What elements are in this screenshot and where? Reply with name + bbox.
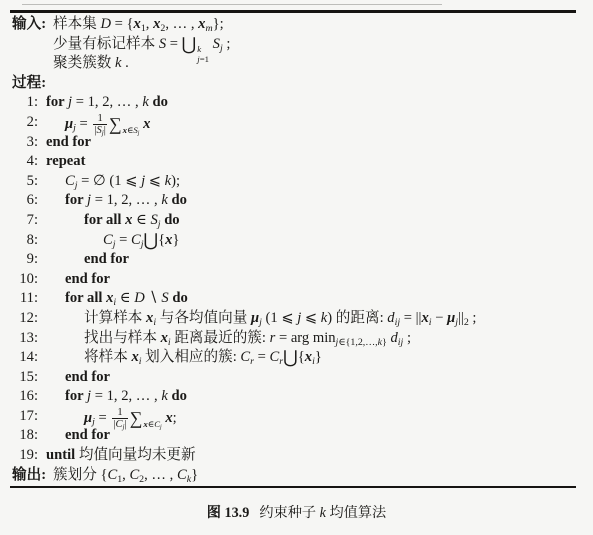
- figure-number: 图 13.9: [207, 505, 250, 521]
- line-content: end for: [46, 426, 110, 446]
- line-content: until 均值向量均未更新: [46, 446, 196, 466]
- algo-line-15: 15:end for: [12, 368, 582, 388]
- line-content: repeat: [46, 152, 85, 172]
- line-content: μj = 1|Sj|∑x∈Sj x: [46, 113, 150, 133]
- algo-line-4: 4:repeat: [12, 152, 582, 172]
- algo-line-2: 2:μj = 1|Sj|∑x∈Sj x: [12, 113, 582, 133]
- algo-line-12: 12:计算样本 xi 与各均值向量 μj (1 ⩽ j ⩽ k) 的距离: di…: [12, 309, 582, 329]
- algorithm-lines: 1:for j = 1, 2, … , k do2:μj = 1|Sj|∑x∈S…: [12, 93, 582, 465]
- algo-line-8: 8:Cj = Cj⋃{x}: [12, 231, 582, 251]
- algo-line-16: 16:for j = 1, 2, … , k do: [12, 387, 582, 407]
- line-content: for j = 1, 2, … , k do: [46, 93, 168, 113]
- input-continuation-2: 聚类簇数 k .: [12, 54, 582, 74]
- line-number: 2:: [12, 113, 38, 133]
- line-content: 找出与样本 xi 距离最近的簇: r = arg minj∈{1,2,…,k} …: [46, 329, 411, 349]
- line-number: 9:: [12, 250, 38, 270]
- algorithm-figure: 输入:样本集 D = {x1, x2, … , xm}; 少量有标记样本 S =…: [0, 0, 593, 535]
- line-content: end for: [46, 270, 110, 290]
- line-content: μj = 1|Cj|∑x∈Cj x;: [46, 407, 177, 427]
- line-number: 13:: [12, 329, 38, 349]
- line-number: 10:: [12, 270, 38, 290]
- line-number: 5:: [12, 172, 38, 192]
- line-number: 3:: [12, 133, 38, 153]
- algo-line-18: 18:end for: [12, 426, 582, 446]
- line-number: 12:: [12, 309, 38, 329]
- line-content: end for: [46, 368, 110, 388]
- line-number: 15:: [12, 368, 38, 388]
- line-content: for j = 1, 2, … , k do: [46, 191, 187, 211]
- input-row: 输入:样本集 D = {x1, x2, … , xm};: [12, 15, 582, 35]
- line-number: 19:: [12, 446, 38, 466]
- line-content: for all xi ∈ D ∖ S do: [46, 289, 188, 309]
- bottom-rule: [10, 486, 576, 488]
- line-number: 17:: [12, 407, 38, 427]
- line-number: 7:: [12, 211, 38, 231]
- algo-line-9: 9:end for: [12, 250, 582, 270]
- output-label: 输出:: [12, 466, 53, 486]
- line-number: 8:: [12, 231, 38, 251]
- process-label: 过程:: [12, 74, 53, 94]
- algo-line-13: 13:找出与样本 xi 距离最近的簇: r = arg minj∈{1,2,…,…: [12, 329, 582, 349]
- output-content: 簇划分 {C1, C2, … , Ck}: [53, 467, 198, 483]
- figure-title: 约束种子 k 均值算法: [259, 505, 386, 521]
- line-number: 11:: [12, 289, 38, 309]
- line-content: Cj = ∅ (1 ⩽ j ⩽ k);: [46, 172, 180, 192]
- line-content: Cj = Cj⋃{x}: [46, 231, 179, 251]
- line-content: for all x ∈ Sj do: [46, 211, 180, 231]
- top-rule-faint: [22, 4, 442, 5]
- line-content: end for: [46, 133, 91, 153]
- algo-line-17: 17:μj = 1|Cj|∑x∈Cj x;: [12, 407, 582, 427]
- line-number: 14:: [12, 348, 38, 368]
- line-number: 6:: [12, 191, 38, 211]
- line-number: 1:: [12, 93, 38, 113]
- algo-line-5: 5:Cj = ∅ (1 ⩽ j ⩽ k);: [12, 172, 582, 192]
- line-content: end for: [46, 250, 129, 270]
- line-content: 将样本 xi 划入相应的簇: Cr = Cr⋃{xi}: [46, 348, 322, 368]
- line-number: 4:: [12, 152, 38, 172]
- algo-line-11: 11:for all xi ∈ D ∖ S do: [12, 289, 582, 309]
- input-label: 输入:: [12, 15, 53, 35]
- algo-line-19: 19:until 均值向量均未更新: [12, 446, 582, 466]
- top-rule: [10, 10, 576, 13]
- algo-line-6: 6:for j = 1, 2, … , k do: [12, 191, 582, 211]
- algo-line-7: 7:for all x ∈ Sj do: [12, 211, 582, 231]
- algorithm-box: 输入:样本集 D = {x1, x2, … , xm}; 少量有标记样本 S =…: [12, 15, 582, 485]
- line-number: 18:: [12, 426, 38, 446]
- line-number: 16:: [12, 387, 38, 407]
- figure-caption: 图 13.9约束种子 k 均值算法: [0, 502, 593, 522]
- line-content: for j = 1, 2, … , k do: [46, 387, 187, 407]
- process-row: 过程:: [12, 74, 582, 94]
- line-content: 计算样本 xi 与各均值向量 μj (1 ⩽ j ⩽ k) 的距离: dij =…: [46, 309, 476, 329]
- output-row: 输出:簇划分 {C1, C2, … , Ck}: [12, 466, 582, 486]
- algo-line-14: 14:将样本 xi 划入相应的簇: Cr = Cr⋃{xi}: [12, 348, 582, 368]
- algo-line-1: 1:for j = 1, 2, … , k do: [12, 93, 582, 113]
- input-content: 样本集 D = {x1, x2, … , xm};: [53, 16, 224, 32]
- input-continuation-1: 少量有标记样本 S = ⋃kj=1 Sj ;: [12, 35, 582, 55]
- algo-line-10: 10:end for: [12, 270, 582, 290]
